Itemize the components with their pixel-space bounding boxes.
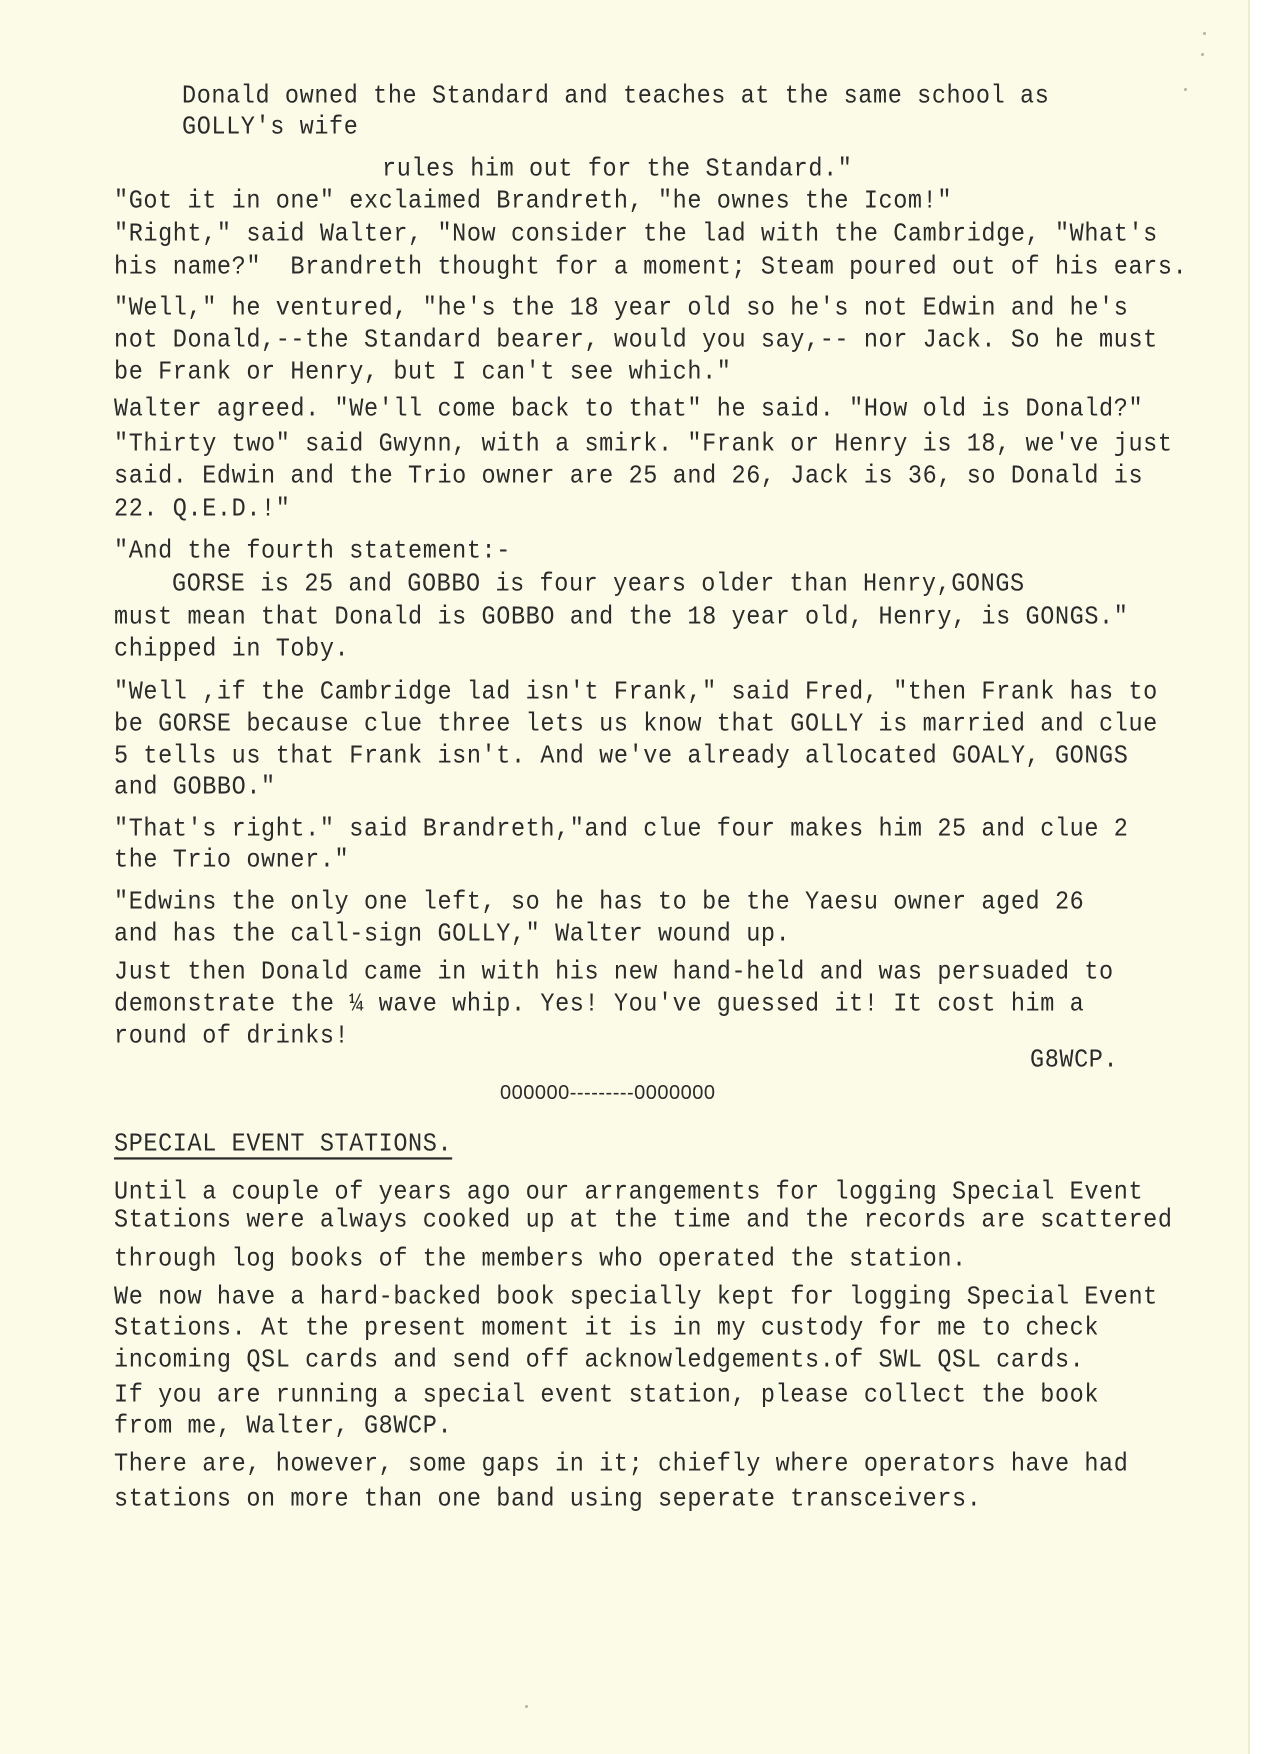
paper-speck [525,1705,528,1708]
story-line: "Well," he ventured, "he's the 18 year o… [114,292,1128,326]
story-line: said. Edwin and the Trio owner are 25 an… [114,460,1143,494]
section-line: Stations were always cooked up at the ti… [114,1204,1173,1238]
story-line: Donald owned the Standard and teaches at… [182,80,1049,114]
section-line: We now have a hard-backed book specially… [114,1281,1158,1315]
section-line: through log books of the members who ope… [114,1243,967,1277]
section-line: from me, Walter, G8WCP. [114,1410,452,1444]
story-line: "Got it in one" exclaimed Brandreth, "he… [114,185,952,219]
story-line: 22. Q.E.D.!" [114,493,290,527]
story-line: "Right," said Walter, "Now consider the … [114,218,1158,252]
story-line: "Edwins the only one left, so he has to … [114,886,1084,920]
story-line: be Frank or Henry, but I can't see which… [114,356,732,390]
section-line: stations on more than one band using sep… [114,1483,981,1517]
story-line: not Donald,--the Standard bearer, would … [114,324,1158,358]
paper-speck [1201,53,1204,56]
section-line: If you are running a special event stati… [114,1379,1099,1413]
story-line: and GOBBO." [114,771,276,805]
story-line: GOLLY's wife [182,111,358,145]
story-line: "And the fourth statement:- [114,535,511,569]
story-line: and has the call-sign GOLLY," Walter wou… [114,918,790,952]
author-signature: G8WCP. [1030,1044,1118,1078]
paper-speck [1203,32,1206,35]
story-line: must mean that Donald is GOBBO and the 1… [114,601,1128,635]
story-line: "Thirty two" said Gwynn, with a smirk. "… [114,428,1173,462]
story-line: his name?" Brandreth thought for a momen… [114,251,1187,285]
section-line: Stations. At the present moment it is in… [114,1312,1099,1346]
paper-speck [1184,88,1187,91]
section-line: There are, however, some gaps in it; chi… [114,1448,1128,1482]
section-separator: 000000---------0000000 [500,1078,716,1108]
story-line: GORSE is 25 and GOBBO is four years olde… [172,568,1025,602]
story-line: chipped in Toby. [114,633,349,667]
story-line: be GORSE because clue three lets us know… [114,708,1158,742]
story-line: "That's right." said Brandreth,"and clue… [114,813,1128,847]
story-line: "Well ,if the Cambridge lad isn't Frank,… [114,676,1158,710]
story-line: demonstrate the ¼ wave whip. Yes! You've… [114,988,1084,1022]
story-line: round of drinks! [114,1020,349,1054]
story-line: rules him out for the Standard." [382,153,852,187]
section-heading: SPECIAL EVENT STATIONS. [114,1128,452,1162]
section-line: incoming QSL cards and send off acknowle… [114,1344,1084,1378]
story-line: Walter agreed. "We'll come back to that"… [114,393,1143,427]
story-line: Just then Donald came in with his new ha… [114,956,1114,990]
typewritten-page: Donald owned the Standard and teaches at… [0,0,1250,1754]
story-line: the Trio owner." [114,844,349,878]
story-line: 5 tells us that Frank isn't. And we've a… [114,740,1128,774]
